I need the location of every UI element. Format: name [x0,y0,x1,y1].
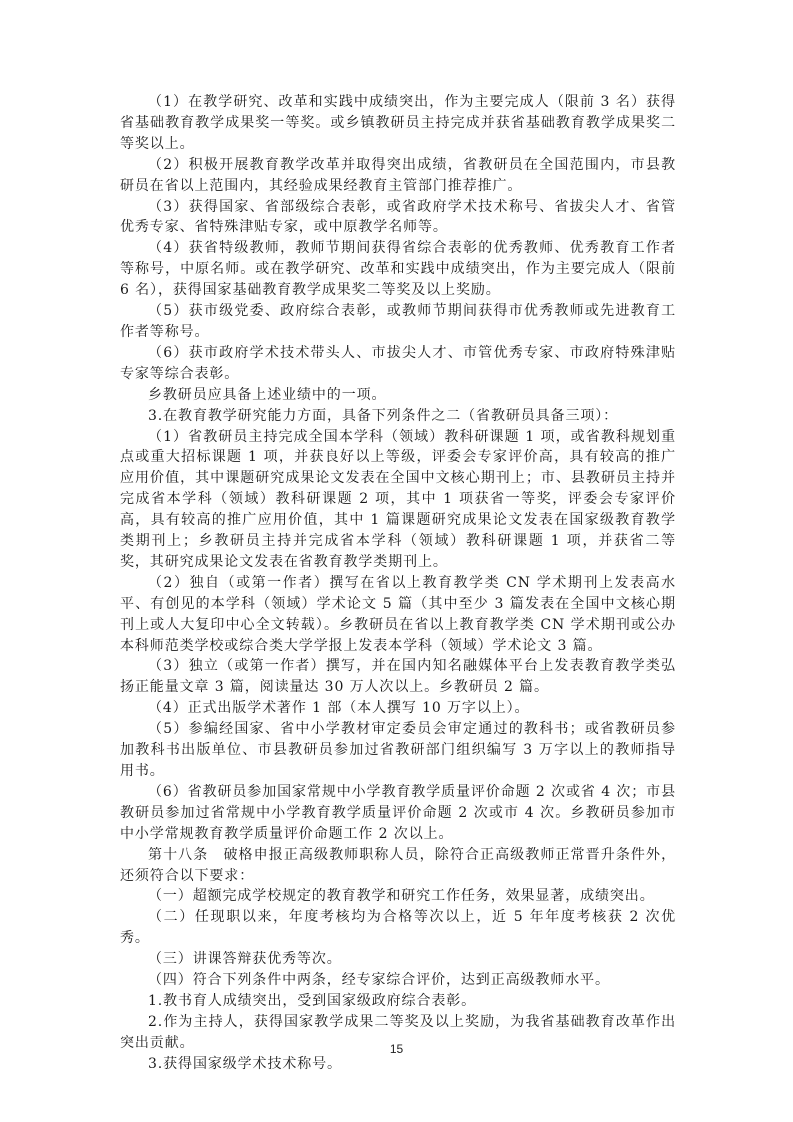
paragraph: （1）在教学研究、改革和实践中成绩突出，作为主要完成人（限前 3 名）获得省基础… [120,92,676,155]
paragraph: （3）独立（或第一作者）撰写，并在国内知名融媒体平台上发表教育教学类弘扬正能量文… [120,656,676,698]
paragraph: （3）获得国家、省部级综合表彰，或省政府学术技术称号、省拔尖人才、省管优秀专家、… [120,197,676,239]
document-page: （1）在教学研究、改革和实践中成绩突出，作为主要完成人（限前 3 名）获得省基础… [0,0,793,1122]
article-heading: 第十八条 破格申报正高级教师职称人员，除符合正高级教师正常晋升条件外，还须符合以… [120,845,676,887]
paragraph: （1）省教研员主持完成全国本学科（领域）教科研课题 1 项，或省教科规划重点或重… [120,427,676,573]
paragraph: （二）任现职以来，年度考核均为合格等次以上，近 5 年年度考核获 2 次优秀。 [120,907,676,949]
document-body: （1）在教学研究、改革和实践中成绩突出，作为主要完成人（限前 3 名）获得省基础… [120,92,676,1075]
page-number: 15 [0,1042,793,1056]
paragraph: （四）符合下列条件中两条，经专家综合评价，达到正高级教师水平。 [120,970,676,991]
paragraph: （6）获市政府学术技术带头人、市拔尖人才、市管优秀专家、市政府特殊津贴专家等综合… [120,343,676,385]
paragraph: （4）正式出版学术著作 1 部（本人撰写 10 万字以上）。 [120,698,676,719]
paragraph: （5）参编经国家、省中小学教材审定委员会审定通过的教科书；或省教研员参加教科书出… [120,719,676,782]
paragraph: （6）省教研员参加国家常规中小学教育教学质量评价命题 2 次或省 4 次；市县教… [120,782,676,845]
paragraph: 1.教书育人成绩突出，受到国家级政府综合表彰。 [120,991,676,1012]
paragraph: 3.获得国家级学术技术称号。 [120,1054,676,1075]
paragraph: 乡教研员应具备上述业绩中的一项。 [120,385,676,406]
paragraph: （一）超额完成学校规定的教育教学和研究工作任务，效果显著，成绩突出。 [120,886,676,907]
section-heading: 3.在教育教学研究能力方面，具备下列条件之二（省教研员具备三项）： [120,406,676,427]
paragraph: （2）独自（或第一作者）撰写在省以上教育教学类 CN 学术期刊上发表高水平、有创… [120,573,676,657]
paragraph: （三）讲课答辩获优秀等次。 [120,949,676,970]
paragraph: （5）获市级党委、政府综合表彰，或教师节期间获得市优秀教师或先进教育工作者等称号… [120,301,676,343]
paragraph: （4）获省特级教师，教师节期间获得省综合表彰的优秀教师、优秀教育工作者等称号，中… [120,238,676,301]
paragraph: （2）积极开展教育教学改革并取得突出成绩，省教研员在全国范围内，市县教研员在省以… [120,155,676,197]
